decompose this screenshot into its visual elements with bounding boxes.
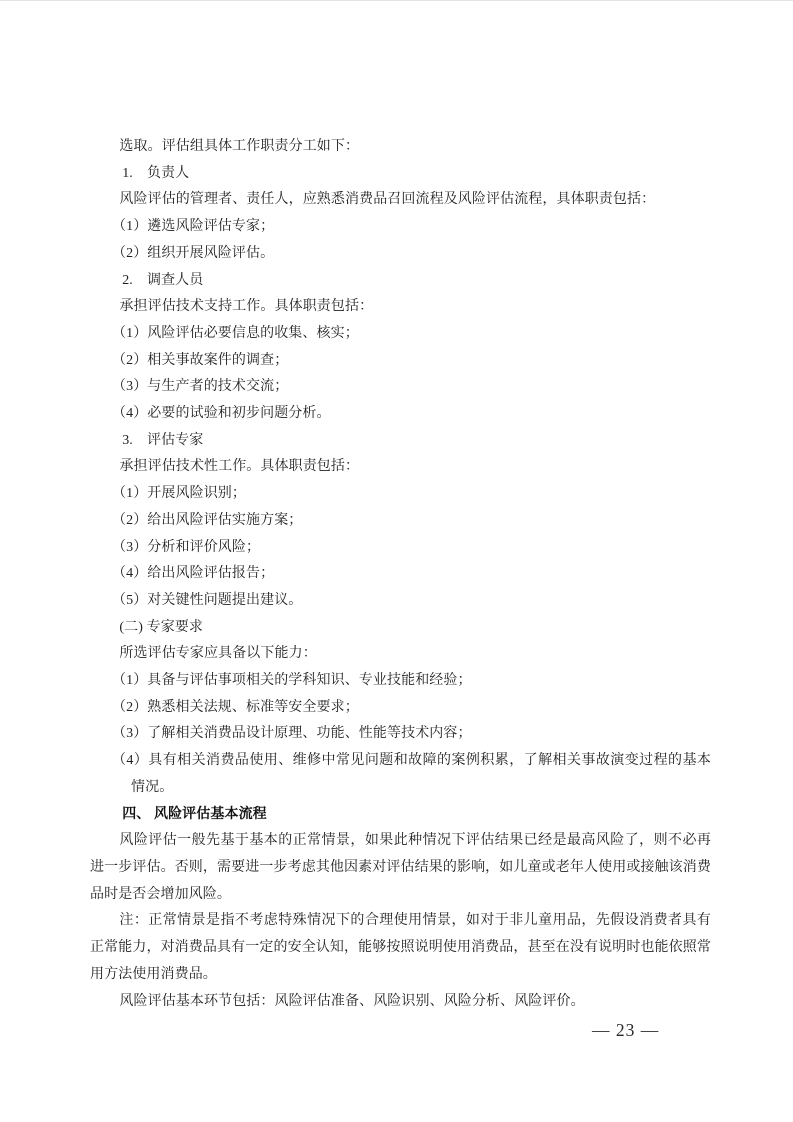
paragraph: 风险评估基本环节包括：风险评估准备、风险识别、风险分析、风险评价。 [90,989,711,1016]
paragraph: （3）与生产者的技术交流； [90,374,711,401]
paragraph: 所选评估专家应具备以下能力： [90,641,711,668]
paragraph: （1）风险评估必要信息的收集、核实； [90,321,711,348]
paragraph: （1）遴选风险评估专家； [90,214,711,241]
paragraph: （4）必要的试验和初步问题分析。 [90,401,711,428]
paragraph: 2. 调查人员 [90,268,711,295]
paragraph: （2）熟悉相关法规、标准等安全要求； [90,695,711,722]
paragraph: （1）开展风险识别； [90,481,711,508]
paragraph: 3. 评估专家 [90,428,711,455]
paragraph: （5）对关键性问题提出建议。 [90,588,711,615]
paragraph: 注：正常情景是指不考虑特殊情况下的合理使用情景，如对于非儿童用品，先假设消费者具… [90,908,711,988]
text-body: 选取。评估组具体工作职责分工如下：1. 负责人风险评估的管理者、责任人，应熟悉消… [90,134,711,1015]
paragraph: （3）了解相关消费品设计原理、功能、性能等技术内容； [90,721,711,748]
page-top-edge [0,0,793,1]
paragraph: 风险评估一般先基于基本的正常情景，如果此种情况下评估结果已经是最高风险了，则不必… [90,828,711,908]
paragraph: 四、 风险评估基本流程 [90,802,711,829]
paragraph: （2）给出风险评估实施方案； [90,508,711,535]
paragraph: （3）分析和评价风险； [90,535,711,562]
document-page: { "page": { "background": "#ffffff", "te… [0,0,793,1122]
paragraph: （1）具备与评估事项相关的学科知识、专业技能和经验； [90,668,711,695]
paragraph: 风险评估的管理者、责任人，应熟悉消费品召回流程及风险评估流程，具体职责包括： [90,187,711,214]
paragraph: （2）相关事故案件的调查； [90,348,711,375]
paragraph: （4）具有相关消费品使用、维修中常见问题和故障的案例积累，了解相关事故演变过程的… [90,748,711,801]
paragraph: 承担评估技术性工作。具体职责包括： [90,454,711,481]
page-footer: — 23 — [592,1017,682,1043]
paragraph: 1. 负责人 [90,161,711,188]
paragraph: （2）组织开展风险评估。 [90,241,711,268]
paragraph: 承担评估技术支持工作。具体职责包括： [90,294,711,321]
paragraph: 选取。评估组具体工作职责分工如下： [90,134,711,161]
paragraph: (二) 专家要求 [90,615,711,642]
paragraph: （4）给出风险评估报告； [90,561,711,588]
